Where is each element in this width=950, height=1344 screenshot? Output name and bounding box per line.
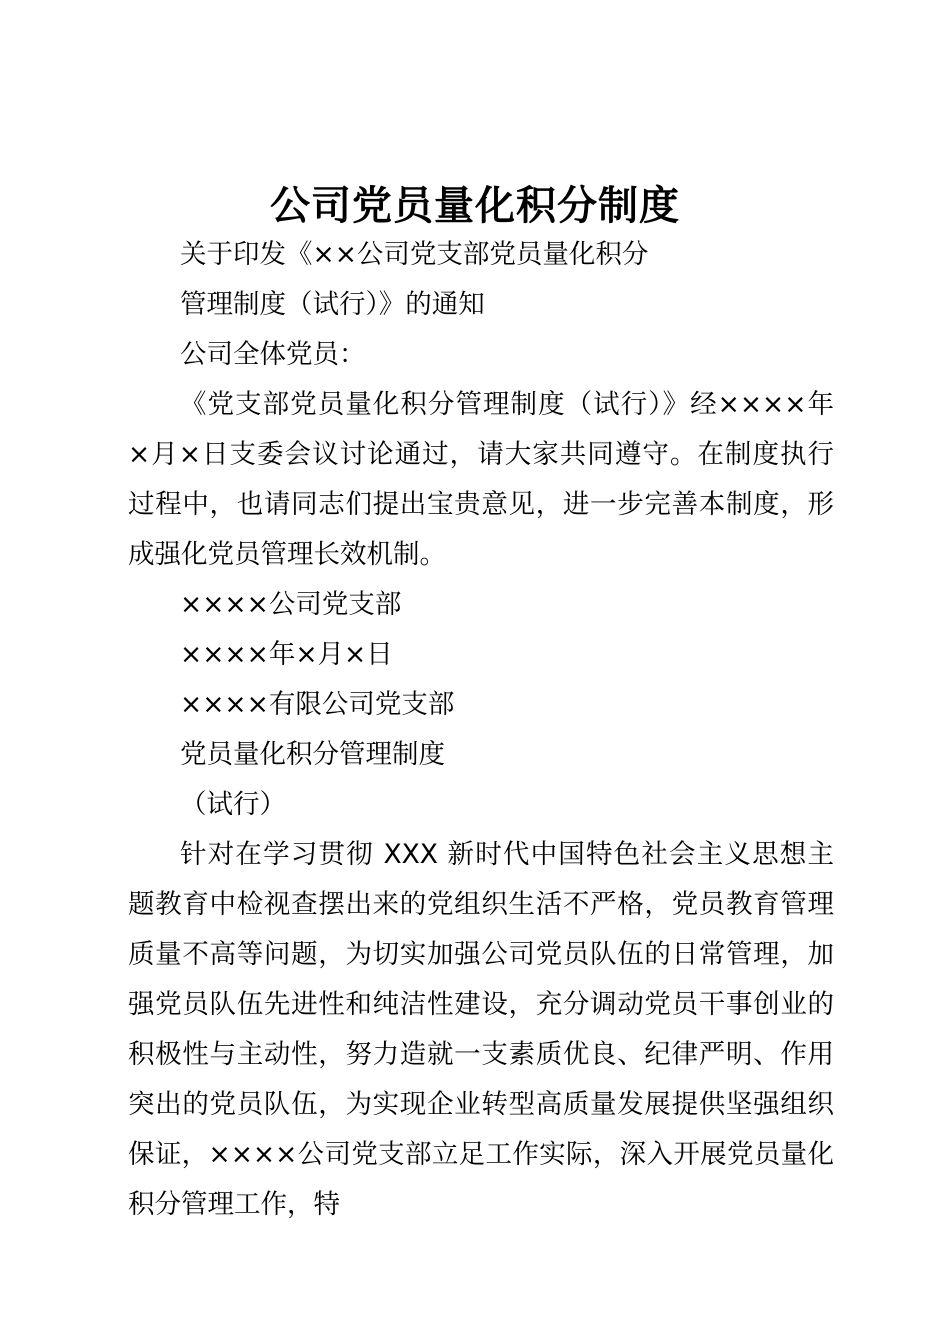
regulation-intro-paragraph: 针对在学习贯彻 XXX 新时代中国特色社会主义思想主题教育中检视查摆出来的党组织… (128, 830, 834, 1230)
regulation-subtitle: （试行） (128, 780, 834, 830)
notice-title-line-2: 管理制度（试行）》的通知 (128, 280, 834, 330)
regulation-title: 党员量化积分管理制度 (128, 730, 834, 780)
notice-paragraph: 《党支部党员量化积分管理制度（试行）》经××××年×月×日支委会议讨论通过，请大… (128, 380, 834, 580)
signature-date: ××××年×月×日 (128, 630, 834, 680)
document-body: 关于印发《××公司党支部党员量化积分 管理制度（试行）》的通知 公司全体党员： … (128, 230, 834, 1230)
document-title: 公司党员量化积分制度 (0, 178, 950, 234)
organization-name: ××××有限公司党支部 (128, 680, 834, 730)
notice-title-line-1: 关于印发《××公司党支部党员量化积分 (128, 230, 834, 280)
document-page: 公司党员量化积分制度 关于印发《××公司党支部党员量化积分 管理制度（试行）》的… (0, 0, 950, 1344)
signature-organization: ××××公司党支部 (128, 580, 834, 630)
salutation: 公司全体党员： (128, 330, 834, 380)
